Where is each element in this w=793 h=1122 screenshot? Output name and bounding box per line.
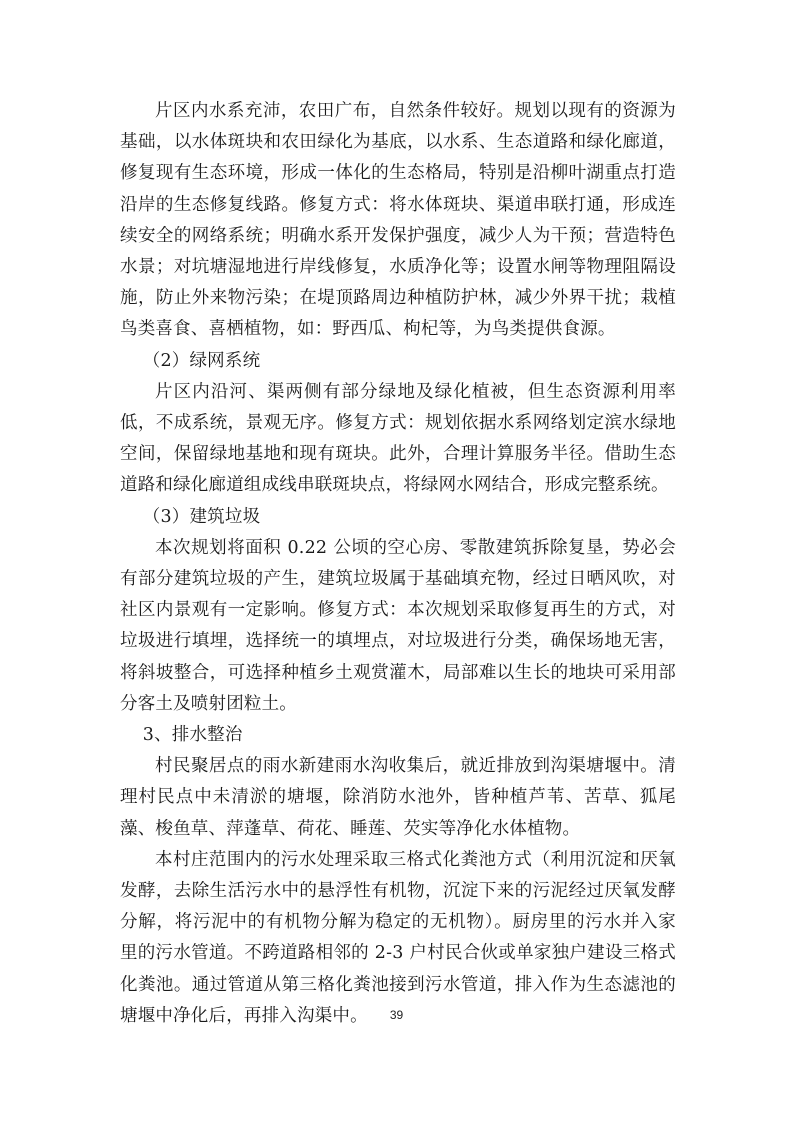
paragraph-green-network: 片区内沿河、渠两侧有部分绿地及绿化植被，但生态资源利用率低，不成系统，景观无序。… — [120, 377, 676, 502]
paragraph-water-system: 片区内水系充沛，农田广布，自然条件较好。规划以现有的资源为基础，以水体斑块和农田… — [120, 96, 676, 346]
page-number: 39 — [0, 1008, 793, 1022]
document-body: 片区内水系充沛，农田广布，自然条件较好。规划以现有的资源为基础，以水体斑块和农田… — [120, 96, 676, 1032]
paragraph-rainwater: 村民聚居点的雨水新建雨水沟收集后，就近排放到沟渠塘堰中。清理村民点中未清淤的塘堰… — [120, 751, 676, 845]
paragraph-construction-waste: 本次规划将面积 0.22 公顷的空心房、零散建筑拆除复垦，势必会有部分建筑垃圾的… — [120, 533, 676, 720]
heading-construction-waste: （3）建筑垃圾 — [120, 502, 676, 533]
heading-green-network: （2）绿网系统 — [120, 346, 676, 377]
paragraph-sewage: 本村庄范围内的污水处理采取三格式化粪池方式（利用沉淀和厌氧发酵，去除生活污水中的… — [120, 845, 676, 1032]
heading-drainage: 3、排水整治 — [120, 720, 676, 751]
